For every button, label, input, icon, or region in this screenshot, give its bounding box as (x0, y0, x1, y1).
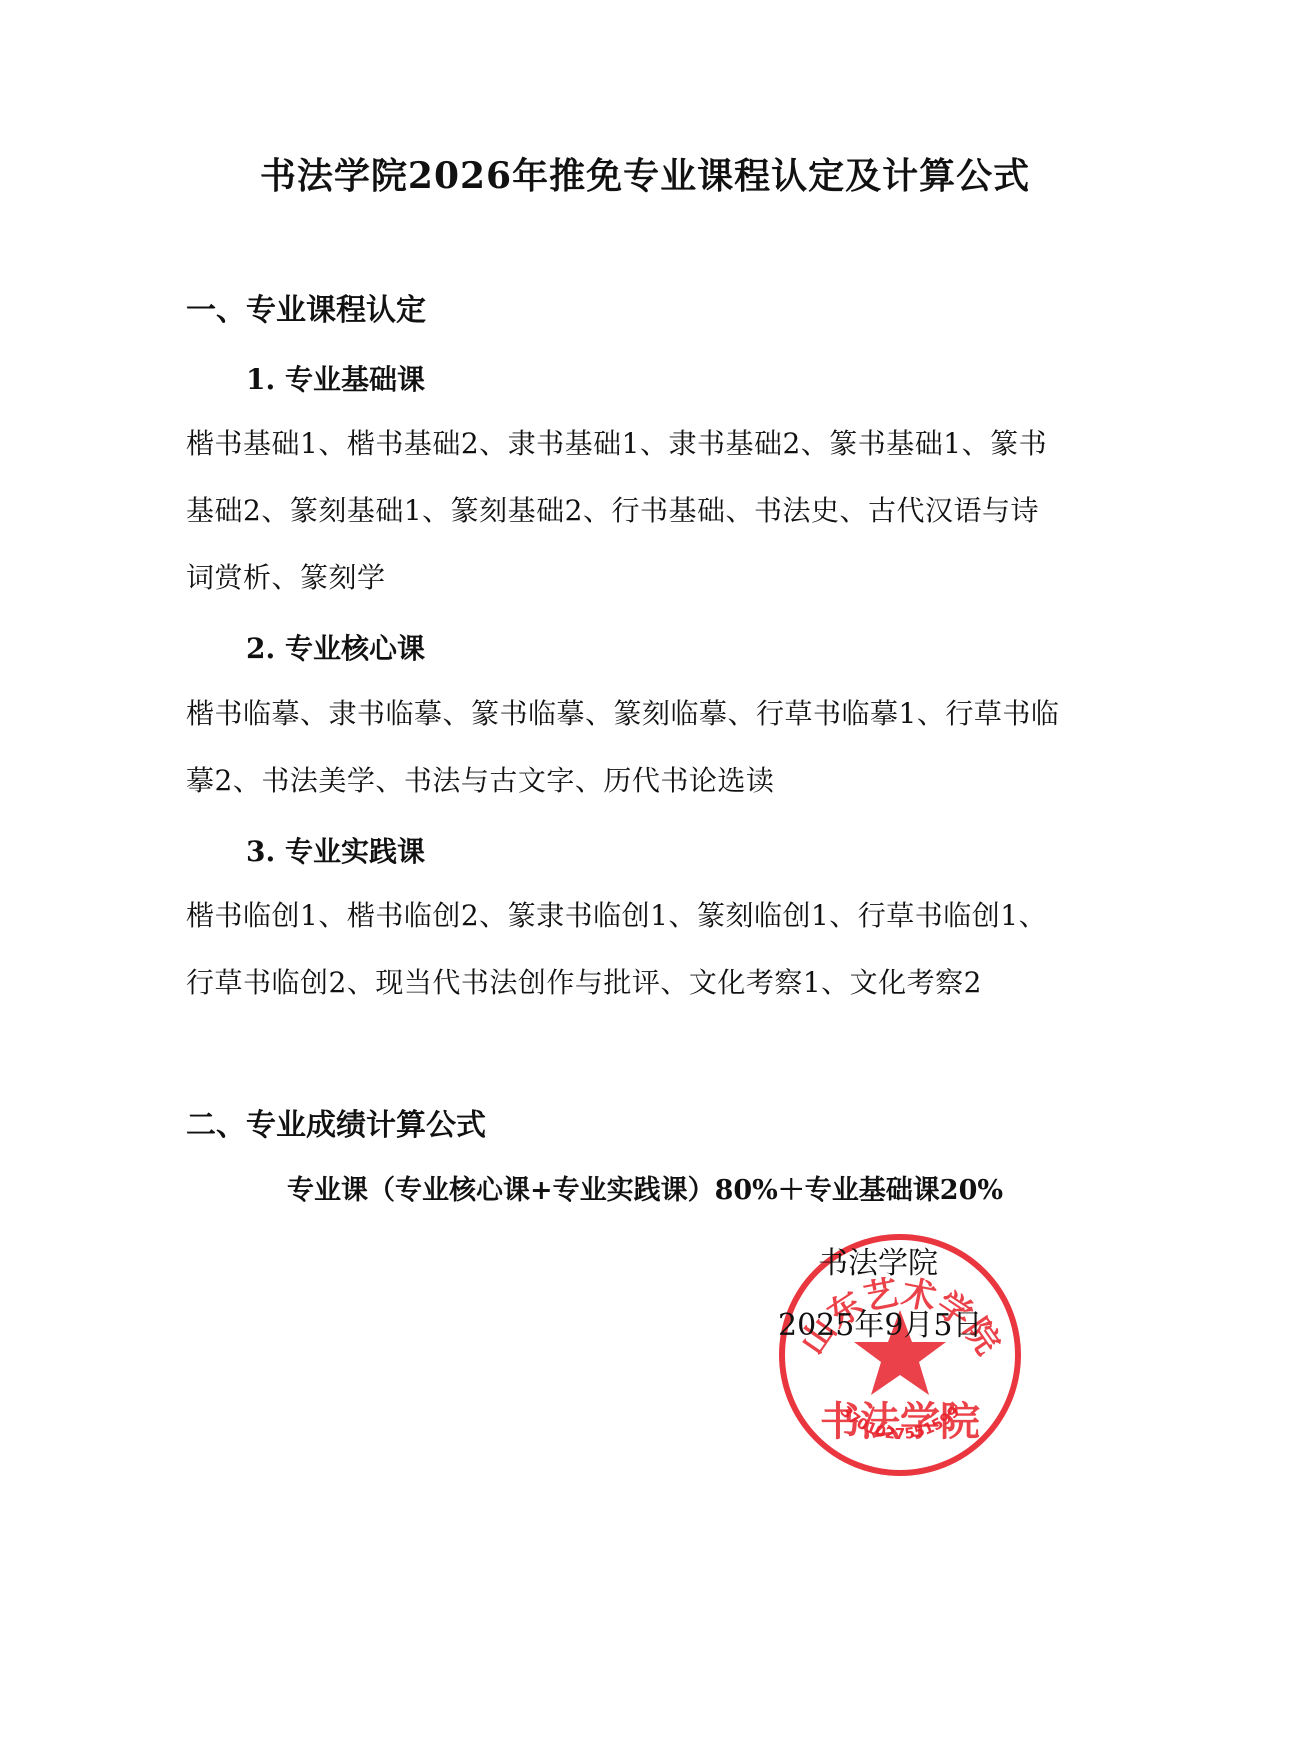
subsection-basic-heading: 1. 专业基础课 (246, 358, 425, 398)
basic-courses-list: 楷书基础1、楷书基础2、隶书基础1、隶书基础2、篆书基础1、篆书 基础2、篆刻基… (186, 410, 1106, 611)
signature-date: 2025年9月5日 (778, 1300, 983, 1344)
subsection-practice-heading: 3. 专业实践课 (246, 830, 425, 870)
signature-org: 书法学院 (818, 1238, 938, 1282)
score-formula: 专业课（专业核心课+专业实践课）80%＋专业基础课20% (0, 1168, 1290, 1207)
practice-courses-line: 行草书临创2、现当代书法创作与批评、文化考察1、文化考察2 (186, 949, 1106, 1016)
document-title: 书法学院2026年推免专业课程认定及计算公式 (0, 148, 1290, 199)
core-courses-line: 摹2、书法美学、书法与古文字、历代书论选读 (186, 747, 1106, 814)
subsection-core-heading: 2. 专业核心课 (246, 627, 425, 667)
basic-courses-line: 基础2、篆刻基础1、篆刻基础2、行书基础、书法史、古代汉语与诗 (186, 477, 1106, 544)
basic-courses-line: 楷书基础1、楷书基础2、隶书基础1、隶书基础2、篆书基础1、篆书 (186, 410, 1106, 477)
section2-heading: 二、专业成绩计算公式 (186, 1100, 486, 1144)
section1-heading: 一、专业课程认定 (186, 285, 426, 329)
basic-courses-line: 词赏析、篆刻学 (186, 544, 1106, 611)
practice-courses-list: 楷书临创1、楷书临创2、篆隶书临创1、篆刻临创1、行草书临创1、 行草书临创2、… (186, 882, 1106, 1016)
practice-courses-line: 楷书临创1、楷书临创2、篆隶书临创1、篆刻临创1、行草书临创1、 (186, 882, 1106, 949)
core-courses-list: 楷书临摹、隶书临摹、篆书临摹、篆刻临摹、行草书临摹1、行草书临 摹2、书法美学、… (186, 680, 1106, 814)
core-courses-line: 楷书临摹、隶书临摹、篆书临摹、篆刻临摹、行草书临摹1、行草书临 (186, 680, 1106, 747)
